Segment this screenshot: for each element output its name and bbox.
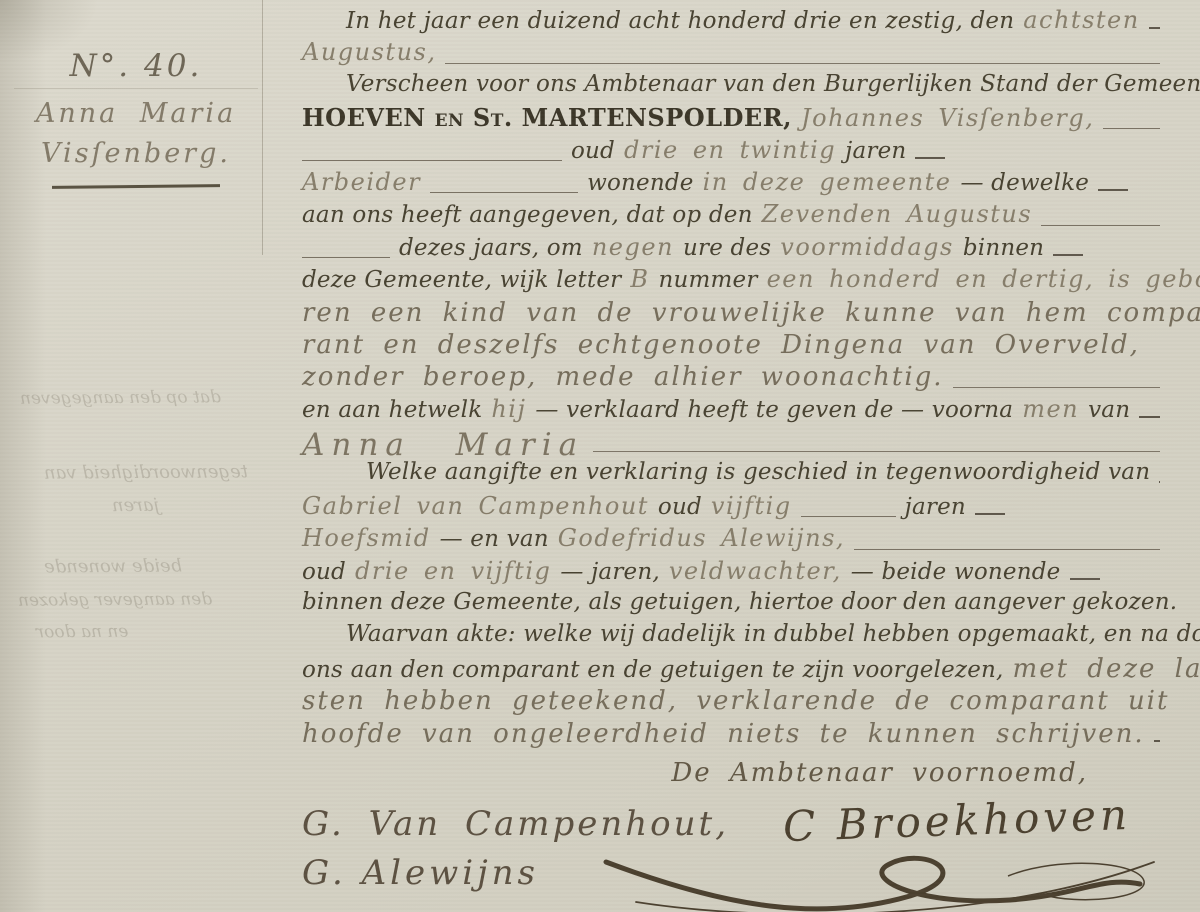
margin-underline (52, 184, 220, 188)
printed-text: aan ons heeft aangegeven, dat op den (302, 202, 753, 228)
document-line: Waarvan akte: welke wij dadelijk in dubb… (302, 621, 1160, 653)
printed-text: jaren (905, 494, 966, 520)
printed-text: ons aan den comparant en de getuigen te … (302, 657, 1004, 683)
handwritten-text: zonder beroep, mede alhier woonachtig. (302, 362, 944, 392)
handwritten-text: Gabriel van Campenhout (302, 492, 649, 520)
margin-ruling-line (14, 88, 258, 89)
handwritten-text: Hoefsmid (302, 524, 431, 552)
printed-text: binnen deze Gemeente, als getuigen, hier… (302, 589, 1177, 615)
handwritten-text: drie en vijftig (355, 557, 551, 585)
margin-annotation: N°. 40. Anna Maria Visſenberg. (0, 48, 272, 188)
act-number: N°. 40. (0, 48, 272, 84)
document-line: ouddrie en twintigjaren (302, 136, 1160, 168)
document-line: Arbeiderwonendein deze gemeente— dewelke (302, 168, 1160, 200)
handwritten-text: een honderd en dertig, is gebo- (767, 265, 1200, 293)
document-line: In het jaar een duizend acht honderd dri… (302, 6, 1160, 38)
signature-flourish (578, 838, 1168, 912)
document-line: HOEVEN en St. MARTENSPOLDER,Johannes Vis… (302, 103, 1160, 135)
fill-in-rule (302, 257, 390, 258)
printed-text: Welke aangifte en verklaring is geschied… (366, 459, 1150, 485)
document-line: sten hebben geteekend, verklarende de co… (302, 686, 1160, 718)
printed-heading: HOEVEN en St. MARTENSPOLDER, (302, 103, 792, 132)
fill-in-rule (801, 516, 896, 517)
birth-certificate-page: dat op den aangegeventegenwoordigheid va… (0, 0, 1200, 912)
handwritten-text: ren een kind van de vrouwelijke kunne va… (302, 298, 1200, 328)
fill-in-rule (1041, 225, 1160, 226)
handwritten-text: Zevenden Augustus (762, 200, 1033, 228)
fill-in-rule (953, 387, 1160, 388)
handwritten-text: Godefridus Alewijns, (558, 524, 845, 552)
handwritten-text: B (630, 265, 649, 293)
act-body-text: In het jaar een duizend acht honderd dri… (302, 6, 1160, 751)
document-line: ouddrie en vijftig— jaren,veldwachter,— … (302, 557, 1160, 589)
bleedthrough-text: tegenwoordigheid van (44, 461, 248, 483)
printed-text: nummer (659, 267, 758, 293)
handwritten-text: negen (592, 233, 674, 261)
handwritten-text: in deze gemeente (703, 168, 952, 196)
document-line: zonder beroep, mede alhier woonachtig. (302, 362, 1160, 394)
child-name-text: Anna Maria (302, 427, 584, 463)
document-line: Verscheen voor ons Ambtenaar van den Bur… (302, 71, 1160, 103)
handwritten-text: hij (491, 395, 526, 423)
printed-text: — verklaard heeft te geven de — voorna (535, 397, 1013, 423)
printed-text: en aan hetwelk (302, 397, 482, 423)
bleedthrough-text: jaren (112, 495, 159, 516)
handwritten-text: Augustus, (302, 38, 436, 66)
handwritten-text: voormiddags (780, 233, 954, 261)
end-dash (1154, 740, 1160, 742)
fill-in-rule (593, 451, 1160, 452)
handwritten-text: sten hebben geteekend, verklarende de co… (302, 686, 1169, 716)
document-line: binnen deze Gemeente, als getuigen, hier… (302, 589, 1160, 621)
end-dash (975, 513, 1005, 515)
handwritten-text: Arbeider (302, 168, 421, 196)
document-line: aan ons heeft aangegeven, dat op denZeve… (302, 200, 1160, 232)
printed-text: binnen (963, 235, 1044, 261)
printed-text: oud (302, 559, 346, 585)
printed-text: dezes jaars, om (399, 235, 583, 261)
fill-in-rule (854, 549, 1160, 550)
fill-in-rule (430, 192, 578, 193)
printed-text: jaren (845, 138, 906, 164)
document-line: Welke aangifte en verklaring is geschied… (302, 459, 1160, 491)
handwritten-text: Johannes Visſenberg, (801, 104, 1094, 132)
handwritten-text: drie en twintig (624, 136, 836, 164)
end-dash (1149, 27, 1160, 29)
handwritten-text: rant en deszelfs echtgenoote Dingena van… (302, 330, 1140, 360)
signature-block: G. Van Campenhout, C Broekhoven G. Alewi… (302, 796, 1172, 908)
end-dash (1139, 416, 1160, 418)
document-line: Augustus, (302, 38, 1160, 70)
printed-text: — beide wonende (851, 559, 1061, 585)
printed-text: Verscheen voor ons Ambtenaar van den Bur… (346, 71, 1200, 97)
end-dash (1159, 481, 1160, 483)
end-dash (915, 157, 945, 159)
printed-text: oud (571, 138, 615, 164)
fill-in-rule (302, 160, 562, 161)
child-name-margin-line1: Anna Maria (0, 98, 272, 129)
printed-text: Waarvan akte: welke wij dadelijk in dubb… (346, 621, 1200, 647)
fill-in-rule (1103, 128, 1160, 129)
document-line: Gabriel van Campenhoutoudvijftigjaren (302, 492, 1160, 524)
child-name-margin-line2: Visſenberg. (0, 138, 272, 169)
handwritten-text: men (1022, 395, 1079, 423)
printed-text: In het jaar een duizend acht honderd dri… (346, 8, 1014, 34)
handwritten-text: met deze laat- (1013, 654, 1200, 684)
document-line: en aan hetwelkhij— verklaard heeft te ge… (302, 395, 1160, 427)
handwritten-text: vijftig (711, 492, 792, 520)
bleedthrough-text: den aangever gekozen (18, 589, 212, 610)
witness-signature-alewijns: G. Alewijns (302, 853, 539, 893)
document-line: Anna Maria (302, 427, 1160, 459)
document-line: ren een kind van de vrouwelijke kunne va… (302, 298, 1160, 330)
document-line: hoofde van ongeleerdheid niets te kunnen… (302, 719, 1160, 751)
handwritten-text: veldwachter, (669, 557, 842, 585)
document-line: deze Gemeente, wijk letterBnummereen hon… (302, 265, 1160, 297)
end-dash (1098, 189, 1128, 191)
document-line: rant en deszelfs echtgenoote Dingena van… (302, 330, 1160, 362)
bleedthrough-text: dat op den aangegeven (20, 387, 221, 408)
printed-text: — en van (440, 526, 549, 552)
end-dash (1070, 578, 1100, 580)
document-line: dezes jaars, omnegenure desvoormiddagsbi… (302, 233, 1160, 265)
printed-text: ure des (683, 235, 771, 261)
printed-text: — jaren, (560, 559, 660, 585)
end-dash (1053, 254, 1083, 256)
handwritten-text: achtsten (1023, 6, 1139, 34)
officiant-title-line: De Ambtenaar voornoemd, (302, 758, 1160, 788)
printed-text: — dewelke (960, 170, 1089, 196)
bleedthrough-text: beide wonende (44, 556, 182, 578)
printed-text: van (1088, 397, 1130, 423)
document-line: Hoefsmid— en vanGodefridus Alewijns, (302, 524, 1160, 556)
printed-text: oud (658, 494, 702, 520)
handwritten-text: hoofde van ongeleerdheid niets te kunnen… (302, 719, 1145, 749)
bleedthrough-text: en na door (36, 622, 129, 643)
printed-text: wonende (587, 170, 694, 196)
document-line: ons aan den comparant en de getuigen te … (302, 654, 1160, 686)
printed-text: deze Gemeente, wijk letter (302, 267, 621, 293)
fill-in-rule (445, 63, 1160, 64)
